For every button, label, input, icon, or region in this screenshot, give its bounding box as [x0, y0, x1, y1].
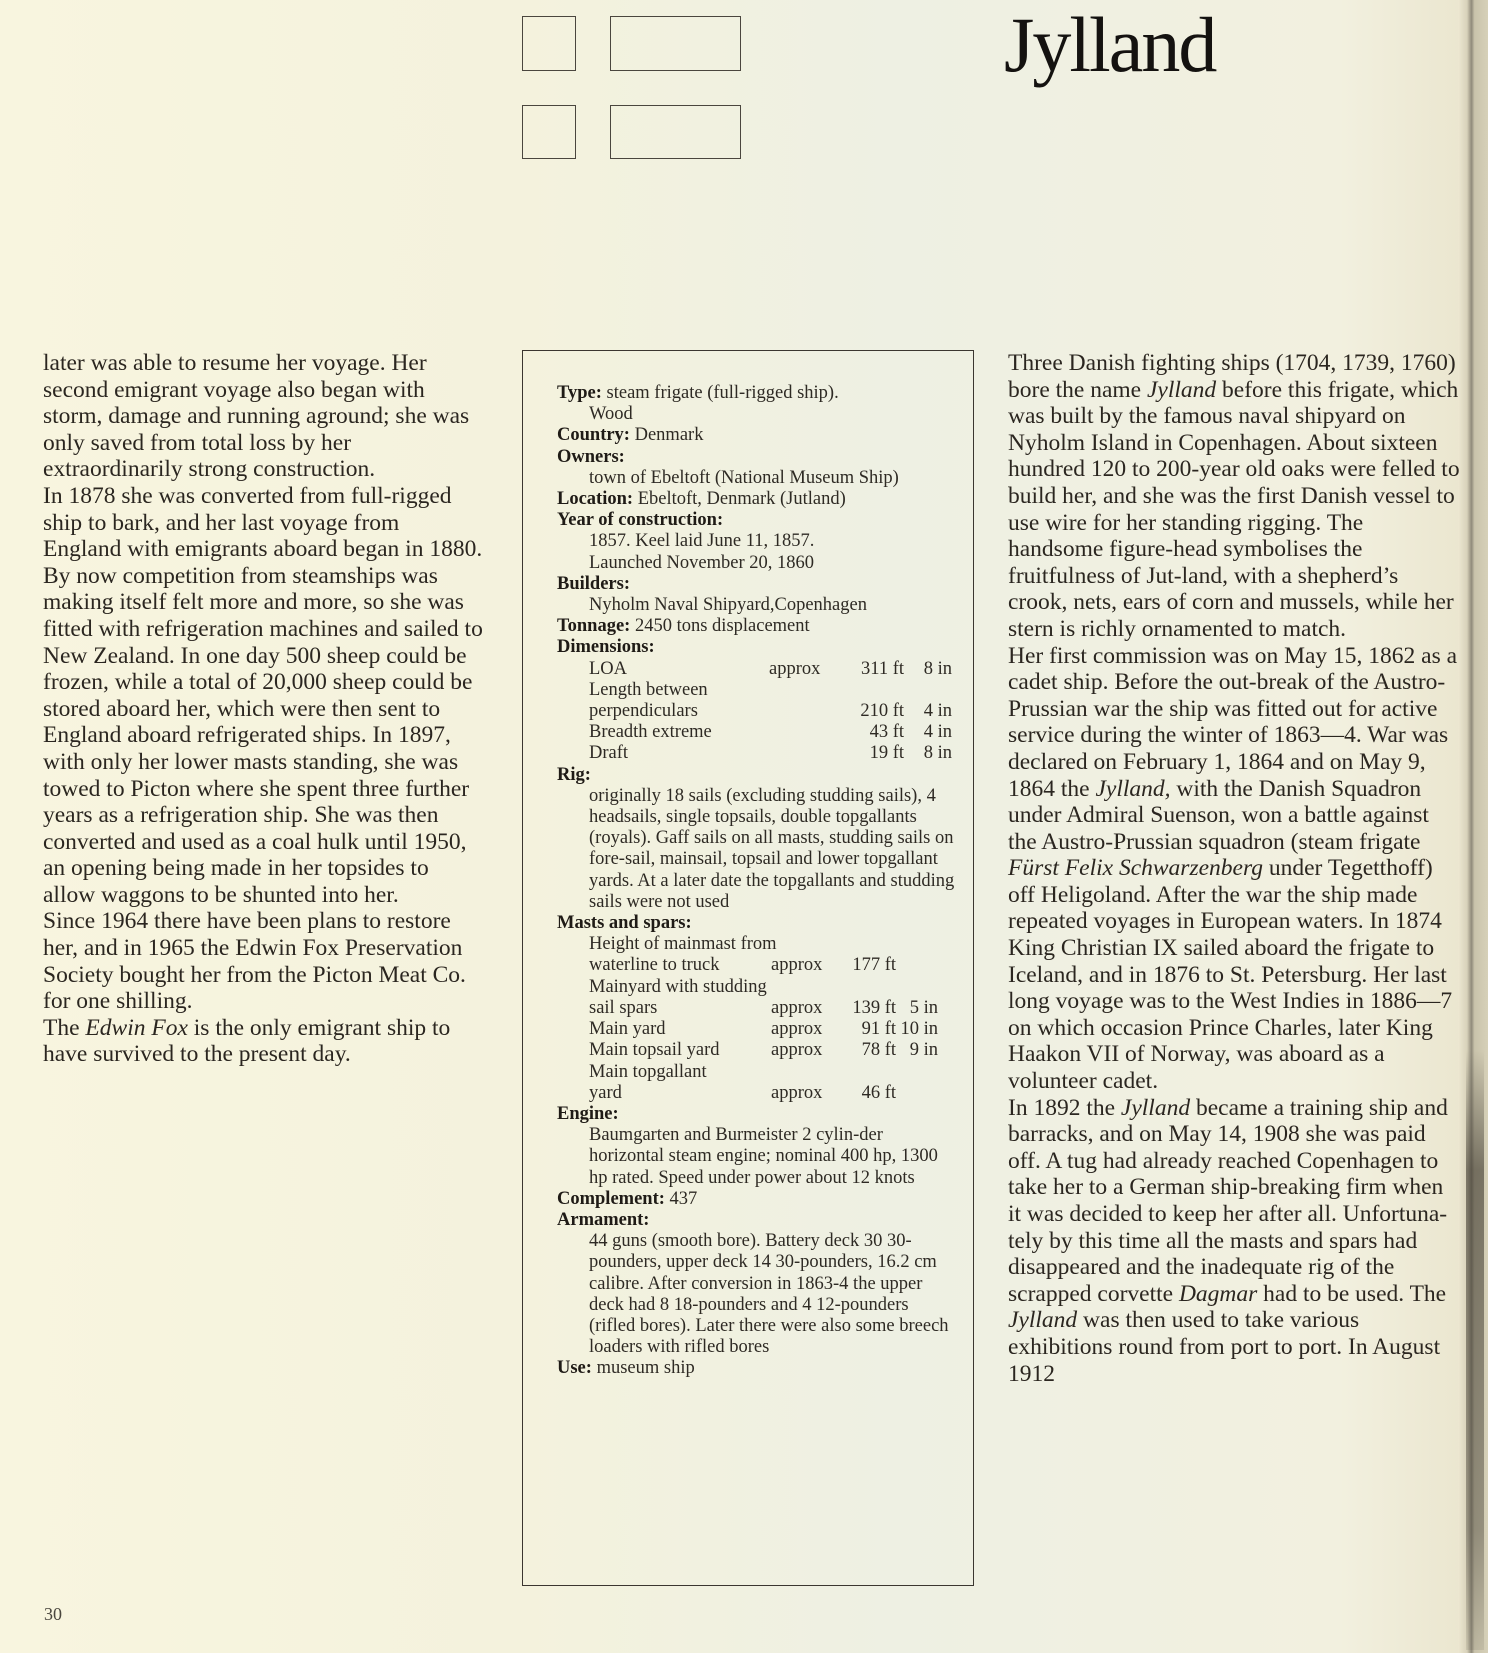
value: 437	[670, 1189, 698, 1209]
paragraph: Since 1964 there have been plans to rest…	[43, 908, 483, 1014]
paragraph: Three Danish fighting ships (1704, 1739,…	[1008, 350, 1460, 643]
mast-in	[896, 1083, 938, 1104]
text: before this frigate, which was built by …	[1008, 377, 1460, 642]
dim-in: 4 in	[904, 722, 952, 743]
text: In 1892 the	[1008, 1095, 1121, 1121]
mast-approx: approx	[771, 998, 836, 1019]
text: had to be used. The	[1257, 1281, 1446, 1307]
mast-name: Main topsail yard	[589, 1040, 771, 1061]
flag-box-top-left	[522, 16, 576, 71]
dim-name: LOA	[589, 659, 769, 680]
spec-owners-value: town of Ebeltoft (National Museum Ship)	[557, 468, 957, 489]
spec-tonnage: Tonnage: 2450 tons displacement	[557, 616, 957, 637]
spec-masts-label: Masts and spars:	[557, 913, 957, 934]
dim-in: 8 in	[904, 659, 952, 680]
mast-row: Main topsail yardapprox78 ft9 in	[557, 1040, 957, 1061]
label: Location:	[557, 489, 633, 509]
mast-approx: approx	[771, 1083, 836, 1104]
dimension-row: perpendiculars210 ft4 in	[557, 701, 957, 722]
dimension-row: Length between	[557, 680, 957, 701]
mast-row: Mainyard with studding	[557, 977, 957, 998]
spec-owners-label: Owners:	[557, 447, 957, 468]
value: 2450 tons displacement	[635, 616, 810, 636]
mast-in: 5 in	[896, 998, 938, 1019]
page-number: 30	[44, 1604, 62, 1625]
value: steam frigate (full-rigged ship).	[607, 383, 839, 403]
spec-engine-value: Baumgarten and Burmeister 2 cylin-der ho…	[557, 1125, 957, 1189]
dim-ft: 19 ft	[844, 743, 904, 764]
right-column-text: Three Danish fighting ships (1704, 1739,…	[1008, 350, 1460, 1387]
mast-in: 9 in	[896, 1040, 938, 1061]
spine-shadow	[1466, 1050, 1484, 1650]
spec-armament-label: Armament:	[557, 1210, 957, 1231]
paragraph: Her first commission was on May 15, 1862…	[1008, 643, 1460, 1095]
flag-box-bottom-right	[610, 105, 741, 159]
spec-year-value: 1857. Keel laid June 11, 1857.	[557, 531, 957, 552]
spec-rig-value: originally 18 sails (excluding studding …	[557, 786, 957, 913]
mast-row: Main topgallant	[557, 1062, 957, 1083]
dim-ft: 210 ft	[844, 701, 904, 722]
spec-builders-value: Nyholm Naval Shipyard,Copenhagen	[557, 595, 957, 616]
mast-name: yard	[589, 1083, 771, 1104]
dim-approx	[769, 743, 844, 764]
mast-approx: approx	[771, 1019, 836, 1040]
mast-row: Height of mainmast from	[557, 934, 957, 955]
mast-approx: approx	[771, 955, 836, 976]
specifications-box: Type: steam frigate (full-rigged ship). …	[522, 350, 974, 1586]
mast-name: Main yard	[589, 1019, 771, 1040]
mast-name: waterline to truck	[589, 955, 771, 976]
ship-name: Jylland,	[1095, 776, 1170, 802]
mast-ft: 46 ft	[836, 1083, 896, 1104]
dim-name: perpendiculars	[589, 701, 769, 722]
mast-name: sail spars	[589, 998, 771, 1019]
left-column-text: later was able to resume her voyage. Her…	[43, 350, 483, 1068]
spec-type: Type: steam frigate (full-rigged ship).	[557, 383, 957, 404]
mast-name: Main topgallant	[589, 1062, 949, 1083]
dim-approx: approx	[769, 659, 844, 680]
paragraph: In 1878 she was converted from full-rigg…	[43, 483, 483, 909]
dimension-row: Breadth extreme43 ft4 in	[557, 722, 957, 743]
mast-row: yardapprox46 ft	[557, 1083, 957, 1104]
spec-complement: Complement: 437	[557, 1189, 957, 1210]
spec-use: Use: museum ship	[557, 1358, 957, 1379]
spec-location: Location: Ebeltoft, Denmark (Jutland)	[557, 489, 957, 510]
spec-rig-label: Rig:	[557, 765, 957, 786]
label: Use:	[557, 1358, 592, 1378]
spec-armament-value: 44 guns (smooth bore). Battery deck 30 3…	[557, 1231, 957, 1358]
dimension-row: LOAapprox311 ft8 in	[557, 659, 957, 680]
dim-ft: 311 ft	[844, 659, 904, 680]
dim-name: Length between	[589, 680, 769, 701]
dim-name: Breadth extreme	[589, 722, 769, 743]
ship-name: Jylland	[1147, 377, 1216, 403]
mast-row: sail sparsapprox139 ft5 in	[557, 998, 957, 1019]
value: museum ship	[597, 1358, 695, 1378]
mast-in	[896, 955, 938, 976]
mast-in: 10 in	[896, 1019, 938, 1040]
dim-ft: 43 ft	[844, 722, 904, 743]
ship-name: Jylland	[1121, 1095, 1190, 1121]
dimension-row: Draft19 ft8 in	[557, 743, 957, 764]
label: Type:	[557, 383, 602, 403]
label: Country:	[557, 425, 630, 445]
spec-engine-label: Engine:	[557, 1104, 957, 1125]
flag-box-top-right	[610, 16, 741, 71]
ship-name: Fürst Felix Schwarzenberg	[1008, 855, 1263, 881]
mast-ft: 78 ft	[836, 1040, 896, 1061]
mast-name: Height of mainmast from	[589, 934, 949, 955]
text: The	[43, 1015, 85, 1041]
ship-name: Edwin Fox	[85, 1015, 187, 1041]
dim-approx	[769, 722, 844, 743]
specifications-list: Type: steam frigate (full-rigged ship). …	[557, 383, 957, 1380]
flag-box-bottom-left	[522, 105, 576, 159]
label: Complement:	[557, 1189, 665, 1209]
dim-in: 8 in	[904, 743, 952, 764]
dim-in: 4 in	[904, 701, 952, 722]
spec-dimensions-label: Dimensions:	[557, 637, 957, 658]
ship-name: Dagmar	[1179, 1281, 1257, 1307]
page-title: Jylland	[1004, 6, 1215, 84]
mast-row: waterline to truckapprox177 ft	[557, 955, 957, 976]
text: under Tegetthoff) off Heligoland. After …	[1008, 855, 1452, 1094]
value: Denmark	[635, 425, 704, 445]
value: Ebeltoft, Denmark (Jutland)	[638, 489, 846, 509]
value: Wood	[557, 404, 957, 425]
spec-country: Country: Denmark	[557, 425, 957, 446]
text: became a training ship and barracks, and…	[1008, 1095, 1448, 1307]
mast-row: Main yardapprox91 ft10 in	[557, 1019, 957, 1040]
paragraph: The Edwin Fox is the only emigrant ship …	[43, 1015, 483, 1068]
mast-approx: approx	[771, 1040, 836, 1061]
spec-builders-label: Builders:	[557, 574, 957, 595]
mast-ft: 139 ft	[836, 998, 896, 1019]
paragraph: In 1892 the Jylland became a training sh…	[1008, 1095, 1460, 1388]
dim-approx	[769, 701, 844, 722]
mast-ft: 177 ft	[836, 955, 896, 976]
mast-name: Mainyard with studding	[589, 977, 949, 998]
paragraph: later was able to resume her voyage. Her…	[43, 350, 483, 483]
dim-name: Draft	[589, 743, 769, 764]
label: Tonnage:	[557, 616, 630, 636]
spec-year-value: Launched November 20, 1860	[557, 553, 957, 574]
spec-year-label: Year of construction:	[557, 510, 957, 531]
ship-name: Jylland	[1008, 1307, 1077, 1333]
mast-ft: 91 ft	[836, 1019, 896, 1040]
